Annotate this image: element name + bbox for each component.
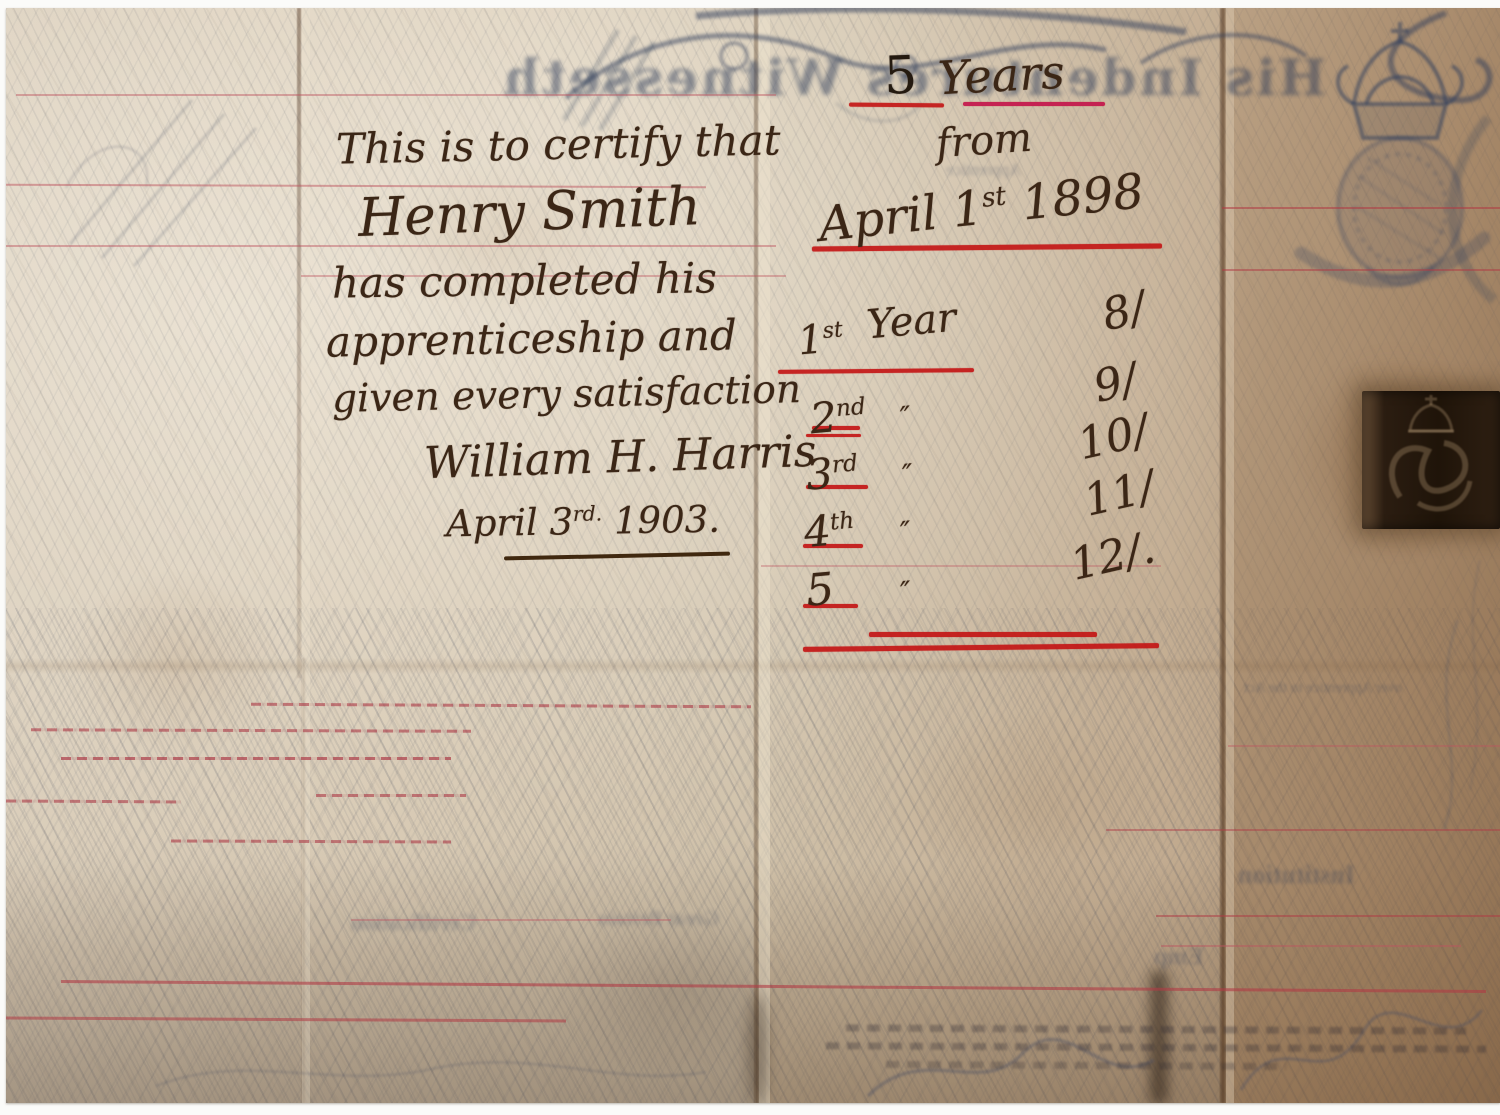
fold-crease-right <box>1220 8 1225 1103</box>
wage-year-ordinal: 4th <box>802 504 857 557</box>
bottom-left-shading <box>6 838 766 1103</box>
ruled-line <box>16 94 776 96</box>
right-panel-shading <box>1222 8 1500 1103</box>
signature-date-day: April 3 <box>446 500 574 545</box>
ruled-line <box>1222 207 1500 209</box>
wage-year-ordinal: 5 <box>804 563 836 616</box>
bleedthrough-fragment: over Apprentice to the Act <box>1244 680 1402 697</box>
fold-crease-center-highlight <box>759 8 770 1103</box>
scanned-document: His Indentures Witnesseth Apprentice ove… <box>0 0 1500 1115</box>
ditto-mark: ″ <box>901 458 914 492</box>
ruled-line <box>61 757 451 760</box>
bleedthrough-fragment: Certification <box>351 910 476 936</box>
fold-crease-left <box>297 8 301 678</box>
certify-line-3: has completed his <box>332 253 717 307</box>
wage-year-ordinal: 2nd <box>808 390 868 444</box>
term-start-day: April 1 <box>816 180 986 253</box>
wage-rate: 9/ <box>1089 354 1142 413</box>
bleedthrough-smallprint-line <box>886 1061 1286 1070</box>
term-number: 5 <box>883 45 918 106</box>
duty-stamp <box>1362 391 1500 529</box>
fold-crease-right-highlight <box>1226 8 1234 1103</box>
term-word: Years <box>937 45 1066 106</box>
certify-line-5: given every satisfaction <box>332 367 802 422</box>
term-start-year: 1898 <box>1004 163 1147 233</box>
ruled-line <box>1156 915 1500 917</box>
certify-line-4: apprenticeship and <box>326 310 738 366</box>
ruled-line <box>171 840 451 843</box>
ditto-mark: ″ <box>899 515 912 549</box>
horizontal-fold-shadow <box>6 658 1500 674</box>
ruled-line <box>1106 829 1500 831</box>
date-underline-flourish <box>504 552 730 561</box>
wage-year-ordinal: 3rd <box>804 446 861 499</box>
certify-line-1: This is to certify that <box>336 115 781 173</box>
paper-stain <box>886 708 1186 908</box>
signature-date: April 3rd. 1903. <box>446 498 721 546</box>
wage-year-label: Year <box>865 295 958 349</box>
handwriting-bleedthrough-texture <box>6 8 1500 1103</box>
ruled-line <box>31 728 471 732</box>
ruled-line <box>351 919 671 921</box>
ditto-mark: ″ <box>899 400 912 434</box>
fold-crease-left-lower <box>302 658 305 1103</box>
term-start-ordinal: st <box>980 180 1007 213</box>
fold-crease-left-highlight <box>302 8 310 1103</box>
crown-emblem <box>1338 22 1462 138</box>
fold-crease-center <box>754 8 758 1103</box>
ruled-line <box>1161 945 1461 947</box>
red-rule-long-upper <box>869 632 1097 637</box>
seal-emblem <box>1338 138 1462 284</box>
wage-year-ordinal: 1st <box>796 315 845 365</box>
bleedthrough-smallprint-line <box>826 1042 1486 1052</box>
ruled-line <box>251 703 751 708</box>
ruled-line <box>61 980 1486 992</box>
ruled-line <box>1228 745 1500 747</box>
handwriting-bleedthrough-texture-dense <box>6 608 1500 1103</box>
ruled-line <box>316 794 466 797</box>
bottom-center-shading <box>756 858 1226 1103</box>
ditto-mark: ″ <box>899 575 912 609</box>
signature-date-year: 1903. <box>602 498 720 543</box>
term-from: from <box>935 115 1034 168</box>
bleedthrough-smallprint-line <box>846 1024 1466 1034</box>
paper-stain <box>546 908 806 1078</box>
signature: William H. Harris <box>423 426 817 489</box>
bleedthrough-fragment: Institution <box>1238 860 1355 890</box>
ruled-line <box>1222 269 1500 271</box>
dark-smudge-center-bottom <box>748 993 768 1103</box>
stamp-crown-monogram <box>1362 391 1500 529</box>
ruled-line <box>6 1017 566 1022</box>
bleedthrough-fragment: Emp <box>1154 944 1203 971</box>
signature-date-ordinal: rd. <box>573 501 603 526</box>
term-start-date: April 1st 1898 <box>816 163 1146 253</box>
apprentice-name: Henry Smith <box>357 176 702 249</box>
wage-rate: 8/ <box>1097 282 1150 341</box>
red-rule-long-lower <box>803 643 1159 652</box>
ruled-line <box>6 800 181 803</box>
engraving-bleedthrough <box>6 8 1500 1103</box>
parchment-page: His Indentures Witnesseth Apprentice ove… <box>6 8 1500 1103</box>
